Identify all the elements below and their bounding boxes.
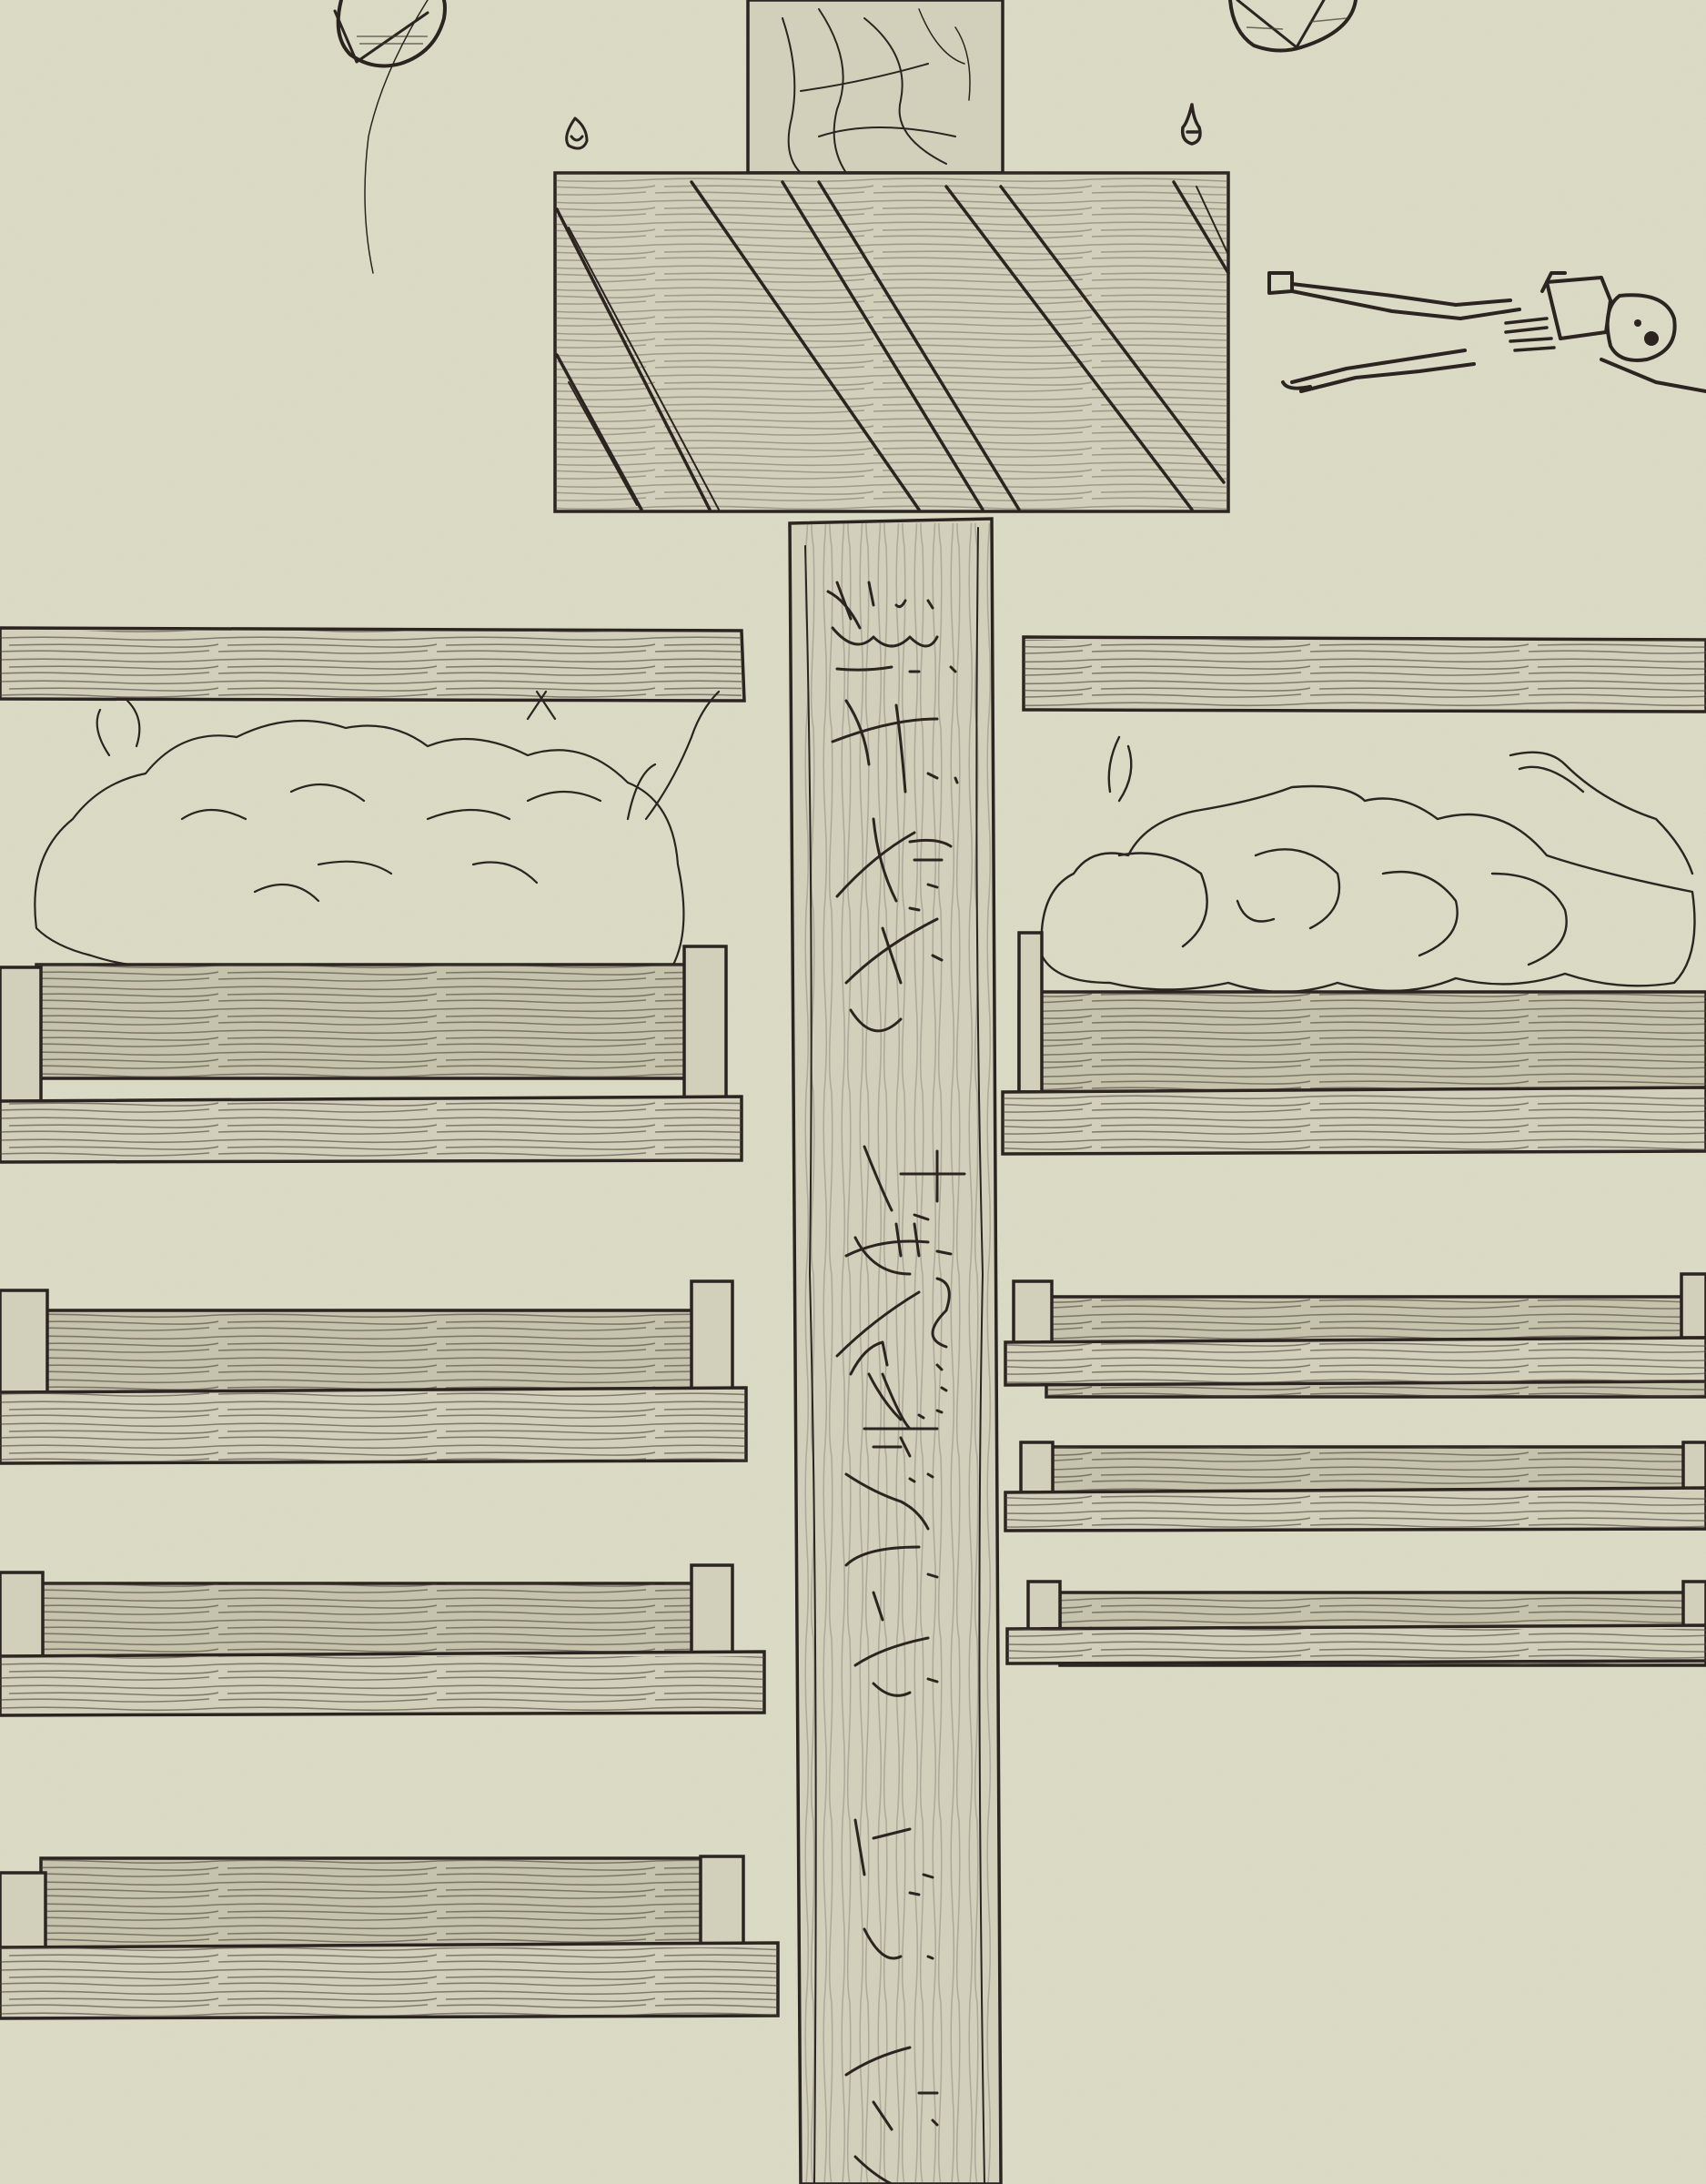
central-beam — [790, 519, 1001, 2184]
left-shelf-4 — [0, 1565, 764, 1715]
left-shelf-1 — [0, 628, 744, 701]
right-shelf-4 — [1005, 1442, 1706, 1531]
top-column — [748, 0, 1003, 173]
right-shelf-5 — [1007, 1582, 1706, 1665]
crossbeam-block — [555, 173, 1228, 511]
left-shelf-2 — [0, 946, 742, 1162]
right-shelf-1 — [1024, 637, 1706, 712]
ink-drawing — [0, 0, 1706, 2184]
left-shelf-5 — [0, 1856, 778, 2018]
